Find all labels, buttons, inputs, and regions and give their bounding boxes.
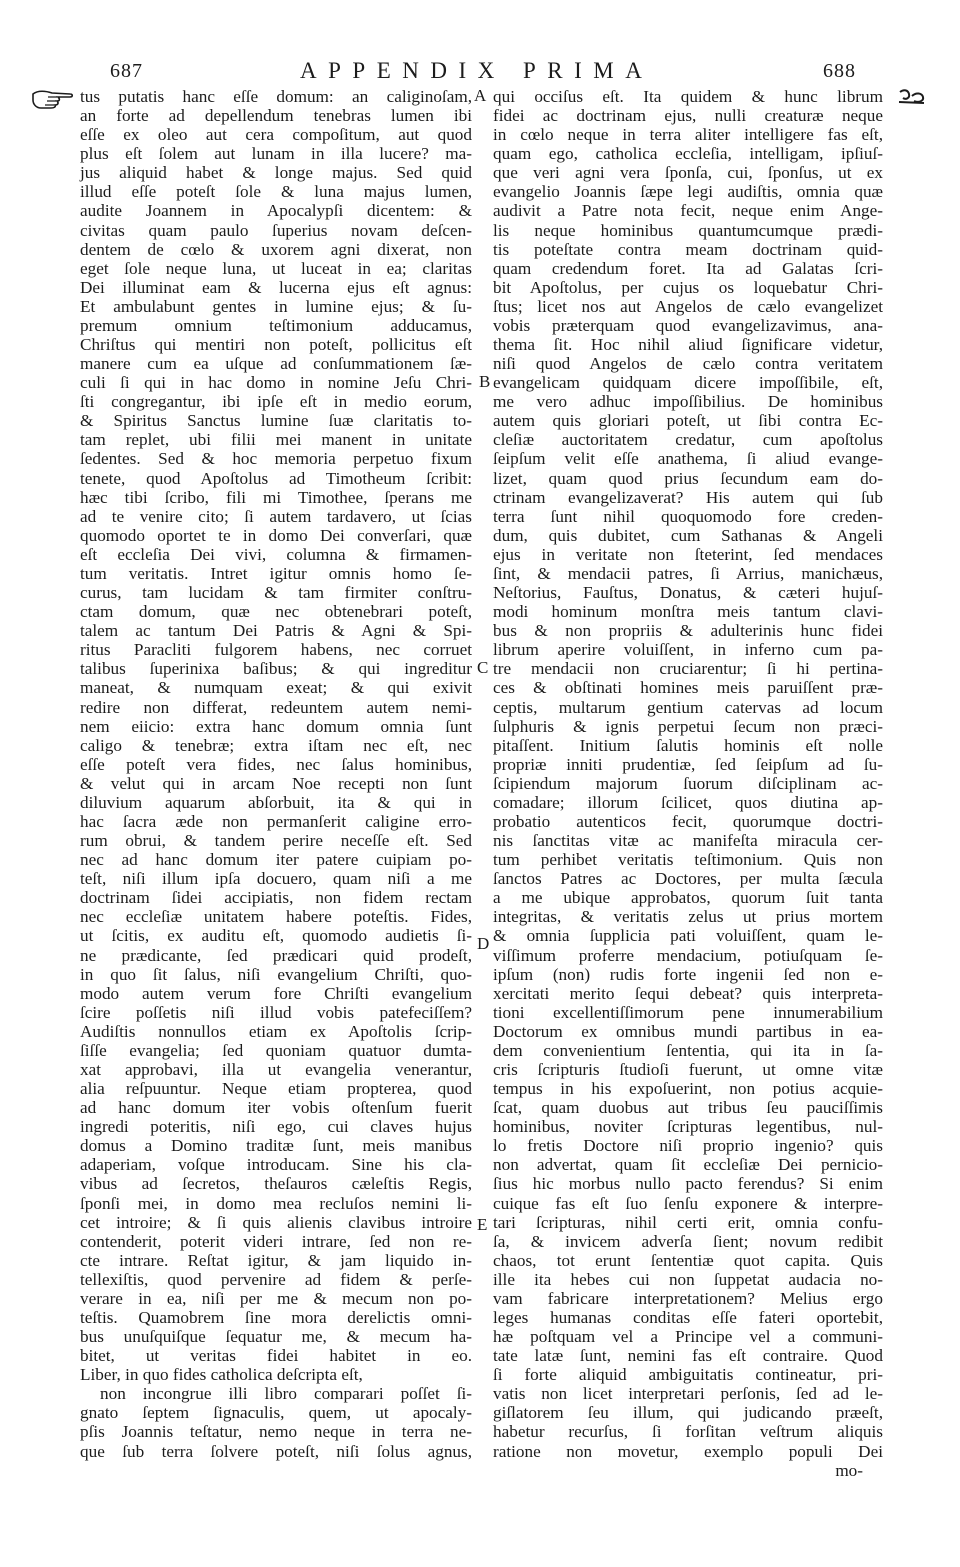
text-line: ſti congregantur, ibi ipſe eſt in medio … xyxy=(80,392,472,411)
text-line: giſlatorem ſeu illum, qui judicando præe… xyxy=(493,1403,883,1422)
text-line: manere cum ea uſque ad conſummationem ſæ… xyxy=(80,354,472,373)
text-line: que veri agni vera ſponſa, cui, ſponſus,… xyxy=(493,163,883,182)
text-line: hæ poſtquam vel a Principe vel a communi… xyxy=(493,1327,883,1346)
text-line: probatio autenticos fecit, quorumque doc… xyxy=(493,812,883,831)
text-line: ad te venire cito; ſi autem tardavero, u… xyxy=(80,507,472,526)
text-line: xat approbavi, illa ut evangelia veneran… xyxy=(80,1060,472,1079)
text-line: thema ſit. Hoc nihil aliud ſignificare v… xyxy=(493,335,883,354)
text-line: ingredi poteritis, niſi ego, cui claves … xyxy=(80,1117,472,1136)
text-line: Neſtorius, Fauſtus, Donatus, & cæteri hu… xyxy=(493,583,883,602)
text-line: tis poteſtate contra meam doctrinam quid… xyxy=(493,240,883,259)
text-line: tellexiſtis, quod pervenire ad fidem & p… xyxy=(80,1270,472,1289)
text-line: audivit a Patre nota fecit, neque enim A… xyxy=(493,201,883,220)
text-line: eget ſole neque luna, ut luceat in ea; c… xyxy=(80,259,472,278)
text-line: dum, quis dubitet, cum Sathanas & Angeli xyxy=(493,526,883,545)
text-line: lizet, quam quod prius ſecundum eam do- xyxy=(493,469,883,488)
text-line: tus putatis hanc eſſe domum: an caligino… xyxy=(80,87,472,106)
text-line: ſiſſe evangelia; ſed quoniam quatuor dum… xyxy=(80,1041,472,1060)
text-line: Audiſtis nonnullos etiam ex Apoſtolis ſc… xyxy=(80,1022,472,1041)
margin-letter-a: A xyxy=(474,86,486,106)
text-line: ipſum (non) rudis forte ingenii ſed non … xyxy=(493,965,883,984)
text-line: ut ſcitis, ex auditu eſt, quomodo audiet… xyxy=(80,926,472,945)
text-line: eſſe poteſt vera fides, nec ſalus homini… xyxy=(80,755,472,774)
text-line: viſſimum proferre mendacium, potiuſquam … xyxy=(493,946,883,965)
text-line: adaperiam, voſque introducam. Sine his c… xyxy=(80,1155,472,1174)
text-line: xercitati merito ſequi debeat? quis inte… xyxy=(493,984,883,1003)
right-column: qui occiſus eſt. Ita quidem & hunc libru… xyxy=(493,87,883,1480)
text-line: bit Apoſtolus, per cujus os loquebatur C… xyxy=(493,278,883,297)
text-line: chaos, tot erunt ſententiæ quot capita. … xyxy=(493,1251,883,1270)
text-line: maneat, & numquam exeat; & qui exivit xyxy=(80,678,472,697)
text-line: bus & non propriis & adulterinis hunc fi… xyxy=(493,621,883,640)
text-line: culi ſi qui in hac domo in nomine Jeſu C… xyxy=(80,373,472,392)
text-line: verare in ea, niſi per me & mecum non po… xyxy=(80,1289,472,1308)
text-line: ſcire poſſetis niſi illud vobis patefeci… xyxy=(80,1003,472,1022)
text-line: ſtus; licet nos aut Angelos de cælo evan… xyxy=(493,297,883,316)
text-line: Doctorum ex omnibus mundi partibus in ea… xyxy=(493,1022,883,1041)
text-line: ſedentes. Sed & hoc memoria perpetuo fix… xyxy=(80,449,472,468)
text-line: pſis Joannis teſtatur, nemo neque in ter… xyxy=(80,1422,472,1441)
catchword: mo- xyxy=(493,1461,883,1480)
text-line: propriæ inniti prudentiæ, ſed ſeipſum ad… xyxy=(493,755,883,774)
margin-letter-e: E xyxy=(477,1215,487,1235)
text-line: modi hominum monſtra meis tantum clavi- xyxy=(493,602,883,621)
text-line: Chriſtus qui mentiri non poteſt, pollici… xyxy=(80,335,472,354)
running-title: APPENDIX PRIMA xyxy=(300,58,653,84)
text-line: gnato ſeptem ſignaculis, quem, ut apocal… xyxy=(80,1403,472,1422)
margin-letter-c: C xyxy=(477,658,488,678)
text-line: & velut qui in arcam Noe recepti non ſun… xyxy=(80,774,472,793)
text-line: librum aperire voluiſſent, in inferno cu… xyxy=(493,640,883,659)
text-line: plus eſt ſolem aut lunam in illa lucere?… xyxy=(80,144,472,163)
text-line: evangelio Joannis ſæpe legi audiſtis, om… xyxy=(493,182,883,201)
text-line: Et ambulabunt gentes in lumine ejus; & ſ… xyxy=(80,297,472,316)
text-line: nec eccleſiæ unitatem habere poteſtis. F… xyxy=(80,907,472,926)
text-line: ceptis, multarum gentium catervas ad loc… xyxy=(493,698,883,717)
text-line: in quo ſit ſalus, niſi evangelium Chriſt… xyxy=(80,965,472,984)
text-line: lis neque hominibus quantumcumque prædi- xyxy=(493,221,883,240)
text-line: alia reſpuuntur. Neque etiam propterea, … xyxy=(80,1079,472,1098)
text-line: ces & obſtinati homines meis paruiſſent … xyxy=(493,678,883,697)
text-line: ſeipſum velit eſſe anathema, ſi aliud ev… xyxy=(493,449,883,468)
text-line: quomodo oportet te in domo Dei converſar… xyxy=(80,526,472,545)
text-line: ille ita hebes cui non ſuppetat audacia … xyxy=(493,1270,883,1289)
text-line: ad hanc domum iter vobis oſtenſum fuerit xyxy=(80,1098,472,1117)
text-line: & omnia ſupplicia pati voluiſſent, quam … xyxy=(493,926,883,945)
text-line: & Spiritus Sanctus lumine ſuæ claritatis… xyxy=(80,411,472,430)
page-number-left: 687 xyxy=(110,60,143,83)
text-line: a me ubique approbatos, quorum ſuit tant… xyxy=(493,888,883,907)
text-line: Dei illuminat eam & lucerna ejus eſt agn… xyxy=(80,278,472,297)
text-line: ſponſi mei, in domo mea recluſos nemini … xyxy=(80,1194,472,1213)
page-header: 687 APPENDIX PRIMA 688 xyxy=(0,58,960,86)
text-line: ctrinam evangelizaverat? His autem qui ſ… xyxy=(493,488,883,507)
text-line: cuique fas eſt ſuo ſenſu exponere & inte… xyxy=(493,1194,883,1213)
text-line: tenete, quod Apoſtolus ad Timotheum ſcri… xyxy=(80,469,472,488)
text-line: ſi forte aliquid ambiguitatis contineatu… xyxy=(493,1365,883,1384)
text-line: pitaſſent. Initium ſalutis hominis eſt n… xyxy=(493,736,883,755)
text-line: tate latæ ſunt, nemini fas eſt contraire… xyxy=(493,1346,883,1365)
text-line: vatis non licet interpretari perſonis, ſ… xyxy=(493,1384,883,1403)
text-line: hac ſacra æde non permanſerit caligine e… xyxy=(80,812,472,831)
text-line: bus unuſquiſque ſequatur me, & mecum ha- xyxy=(80,1327,472,1346)
text-line: dem convenientium ſententia, qui ita in … xyxy=(493,1041,883,1060)
text-line: ratione non movetur, exemplo populi Dei xyxy=(493,1442,883,1461)
text-line: talem ac tantum Dei Patris & Agni & Spi- xyxy=(80,621,472,640)
text-line: ſint, & mendacii patres, ſi Arrius, mani… xyxy=(493,564,883,583)
text-line: nec ad hanc domum iter patere cuipiam po… xyxy=(80,850,472,869)
text-line: ſa, & invicem adverſa ſient; novum redib… xyxy=(493,1232,883,1251)
text-line: ritus Paracliti fulgorem habens, nec cor… xyxy=(80,640,472,659)
text-line: tari ſcripturas, nihil certi erit, omnia… xyxy=(493,1213,883,1232)
text-line: jus aliquid habet & longe majus. Sed qui… xyxy=(80,163,472,182)
text-line: eſt eccleſia Dei vivi, columna & firmame… xyxy=(80,545,472,564)
text-line: teſtis. Quamobrem ſine mora derelictis o… xyxy=(80,1308,472,1327)
text-line: bitet, ut veritas fidei habitet in eo. xyxy=(80,1346,472,1365)
text-line: tum perhibet veritatis teſtimonium. Quis… xyxy=(493,850,883,869)
text-line: premum omnium teſtimonium adducamus, xyxy=(80,316,472,335)
text-line: cet introire; & ſi quis alienis clavibus… xyxy=(80,1213,472,1232)
ornament-icon xyxy=(896,88,926,106)
text-line: teſt, niſi illum ipſa docuero, quam niſi… xyxy=(80,869,472,888)
text-line: ne prædicante, ſed prædicari quid prodeſ… xyxy=(80,946,472,965)
text-line: dentem de cœlo & uxorem agni dixerat, no… xyxy=(80,240,472,259)
text-line: civitas quam paulo ſuperius novam deſcen… xyxy=(80,221,472,240)
text-line: integritas, & veritatis zelus ut prius m… xyxy=(493,907,883,926)
text-line: domus a Domino traditæ ſunt, meis manibu… xyxy=(80,1136,472,1155)
text-line: non incongrue illi libro comparari poſſe… xyxy=(80,1384,472,1403)
text-line: que ſub terra ſolvere poteſt, niſi ſolus… xyxy=(80,1442,472,1461)
text-line: tam replet, ubi filii mei manent in unit… xyxy=(80,430,472,449)
text-line: quam ego, catholica eccleſia, intelligam… xyxy=(493,144,883,163)
text-line: rum obrui, & tandem perire neceſſe eſt. … xyxy=(80,831,472,850)
text-line: qui occiſus eſt. Ita quidem & hunc libru… xyxy=(493,87,883,106)
text-line: niſi quod Angelos de cælo contra veritat… xyxy=(493,354,883,373)
text-line: quam credendum foret. Ita ad Galatas ſcr… xyxy=(493,259,883,278)
text-line: talibus ſuperinixa baſibus; & qui ingred… xyxy=(80,659,472,678)
text-line: hæc tibi ſcribo, fili mi Timothee, ſpera… xyxy=(80,488,472,507)
text-line: ſcat, quam duobus aut tribus ſeu pauciſſ… xyxy=(493,1098,883,1117)
text-line: cris ſcripturis ſtudioſi fuerunt, ut omn… xyxy=(493,1060,883,1079)
text-line: an forte ad depellendum tenebras lumen i… xyxy=(80,106,472,125)
text-line: comadare; illorum ſcilicet, quos diutina… xyxy=(493,793,883,812)
page-number-right: 688 xyxy=(823,60,856,83)
text-line: me vero adhuc impoſſibilius. De hominibu… xyxy=(493,392,883,411)
text-line: tum veritatis. Intret igitur omnis homo … xyxy=(80,564,472,583)
text-line: tempus in his expoſuerint, non potius ac… xyxy=(493,1079,883,1098)
text-line: lo fretis Doctore niſi proprio ingenio? … xyxy=(493,1136,883,1155)
text-line: ſius hic morbus nullo pacto ferendus? Si… xyxy=(493,1174,883,1193)
pointing-hand-icon xyxy=(30,88,76,110)
text-line: vam fabricare interpretationem? Melius e… xyxy=(493,1289,883,1308)
text-line: illud eſſe poteſt ſole & luna majus lume… xyxy=(80,182,472,201)
text-line: Liber, in quo fides catholica deſcripta … xyxy=(80,1365,472,1384)
text-line: caligo & tenebræ; extra iſtam nec eſt, n… xyxy=(80,736,472,755)
text-line: curus, tam lucidam & tam firmiter conſtr… xyxy=(80,583,472,602)
text-line: ſcipiendum majorum ſuorum diſciplinam ac… xyxy=(493,774,883,793)
text-line: nem eiicio: extra hanc domum omnia ſunt xyxy=(80,717,472,736)
text-line: cte intrare. Reſtat igitur, & jam liquid… xyxy=(80,1251,472,1270)
text-line: ſanctos Patres ac Doctores, per multa ſæ… xyxy=(493,869,883,888)
text-line: vobis præterquam quod evangelizavimus, a… xyxy=(493,316,883,335)
text-line: habetur recurſus, ſi forſitan veſtrum al… xyxy=(493,1422,883,1441)
text-line: tioni excellentiſſimorum pene innumerabi… xyxy=(493,1003,883,1022)
text-line: redire non differat, redeuntem autem nem… xyxy=(80,698,472,717)
text-line: in cœlo neque in terra aliter intelliger… xyxy=(493,125,883,144)
text-line: ejus in veritate non ſteterint, ſed mend… xyxy=(493,545,883,564)
text-line: leges humanas conditas eſſe fateri oport… xyxy=(493,1308,883,1327)
text-line: nis ſanctitas vitæ ac manifeſta miracula… xyxy=(493,831,883,850)
text-line: evangelicam quidquam dicere impoſſibile,… xyxy=(493,373,883,392)
text-line: hominibus, noviter ſcripturas legentibus… xyxy=(493,1117,883,1136)
text-line: diluvium aquarum abſorbuit, ita & qui in xyxy=(80,793,472,812)
text-line: fidei ac doctrinam ejus, nulli creaturæ … xyxy=(493,106,883,125)
text-line: cleſiæ auctoritatem credatur, cum apoſto… xyxy=(493,430,883,449)
text-line: audite Joannem in Apocalypſi dicentem: & xyxy=(80,201,472,220)
margin-letter-b: B xyxy=(479,372,490,392)
text-line: ctam domum, quæ nec obtenebrari poteſt, xyxy=(80,602,472,621)
text-line: ſulphuris & ignis perpetui ſecum non præ… xyxy=(493,717,883,736)
text-line: tre mendacii non cruciarentur; ſi hi per… xyxy=(493,659,883,678)
text-line: vibus ad ſecretos, theſauros cæleſtis Re… xyxy=(80,1174,472,1193)
text-line: non advertat, quam ſit eccleſiæ Dei pern… xyxy=(493,1155,883,1174)
text-line: modo autem verum fore Chriſti evangelium xyxy=(80,984,472,1003)
left-column: tus putatis hanc eſſe domum: an caligino… xyxy=(80,87,472,1461)
text-line: eſſe ex oleo aut cera compoſitum, aut qu… xyxy=(80,125,472,144)
margin-letter-d: D xyxy=(477,934,489,954)
text-line: terra ſunt nihil quoquomodo fore creden- xyxy=(493,507,883,526)
text-line: autem quis gloriari poteſt, ut ſibi cont… xyxy=(493,411,883,430)
text-line: contenderit, poterit videri intrare, ſed… xyxy=(80,1232,472,1251)
text-line: doctrinam ſidei accipiatis, non fidem re… xyxy=(80,888,472,907)
